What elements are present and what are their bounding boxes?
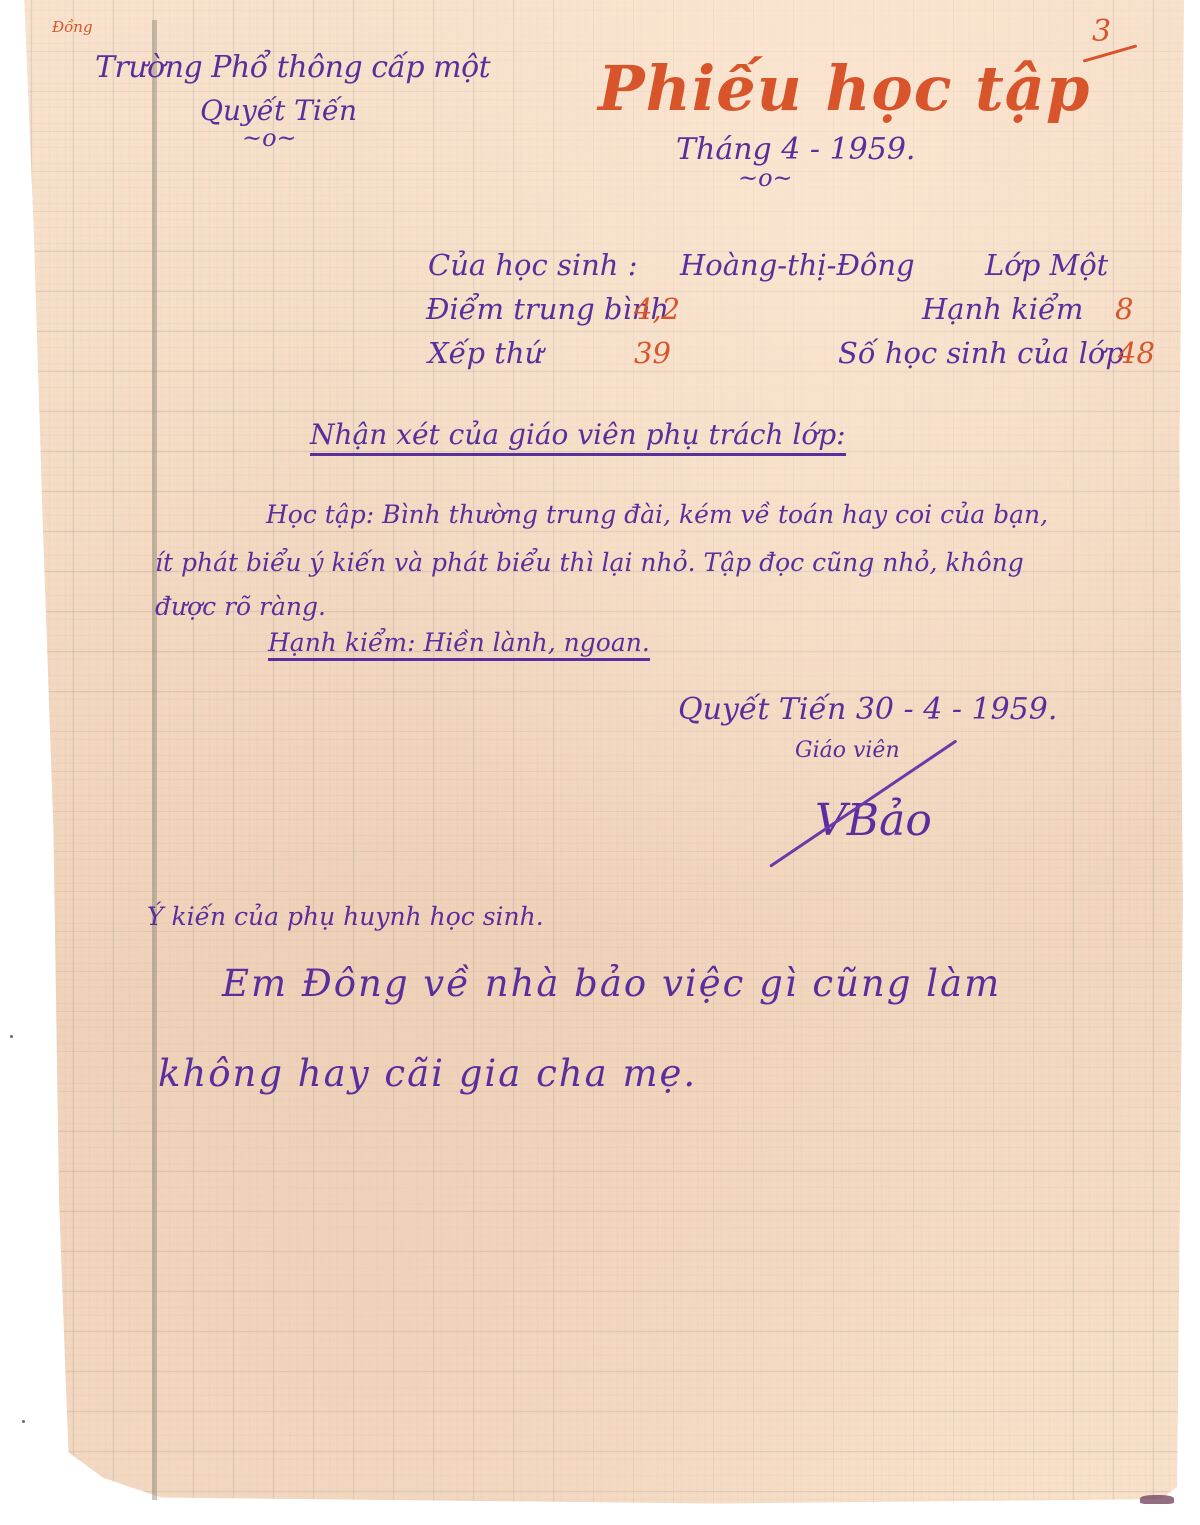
corner-note: Đồng [52,18,93,36]
school-decoration: ~o~ [242,124,297,152]
report-month: Tháng 4 - 1959. [676,132,915,167]
page-number: 3 [1092,14,1111,49]
study-comment-line-1: Học tập: Bình thường trung đài, kém về t… [266,500,1048,529]
teacher-title: Giáo viên [795,738,900,763]
school-name: Trường Phổ thông cấp một [95,50,490,85]
rank-value: 39 [634,336,671,370]
study-comment-line-2: ít phát biểu ý kiến và phát biểu thì lại… [155,548,1024,577]
place-and-date: Quyết Tiến 30 - 4 - 1959. [678,692,1057,727]
conduct-score-value: 8 [1115,292,1133,326]
speck [10,1035,13,1038]
parent-comments-heading: Ý kiến của phụ huynh học sinh. [147,902,544,931]
title-decoration: ~o~ [738,164,793,192]
school-location: Quyết Tiến [200,94,357,127]
parent-comment-line-1: Em Đông về nhà bảo việc gì cũng làm [222,962,1001,1005]
rank-label: Xếp thứ [428,336,543,370]
teacher-signature: VBảo [815,795,932,846]
parent-comment-line-2: không hay cãi gia cha mẹ. [158,1052,697,1095]
student-name-label: Của học sinh : [428,248,637,282]
margin-line [152,20,157,1500]
student-name-value: Hoàng-thị-Đông [680,248,915,282]
ink-stain [1140,1495,1174,1504]
class-size-value: 48 [1118,336,1155,370]
average-score-label: Điểm trung bình [426,292,669,326]
conduct-comment: Hạnh kiểm: Hiền lành, ngoan. [268,628,650,661]
document-title: Phiếu học tập [598,52,1090,125]
class-size-label: Số học sinh của lớp [838,336,1124,370]
conduct-score-label: Hạnh kiểm [922,292,1083,326]
grid-paper-sheet [22,0,1184,1505]
class-label: Lớp Một [985,248,1108,282]
average-score-value: 4,2 [634,292,680,326]
speck [22,1420,25,1423]
teacher-comments-heading: Nhận xét của giáo viên phụ trách lớp: [310,418,846,456]
study-comment-line-3: được rõ ràng. [155,592,326,621]
